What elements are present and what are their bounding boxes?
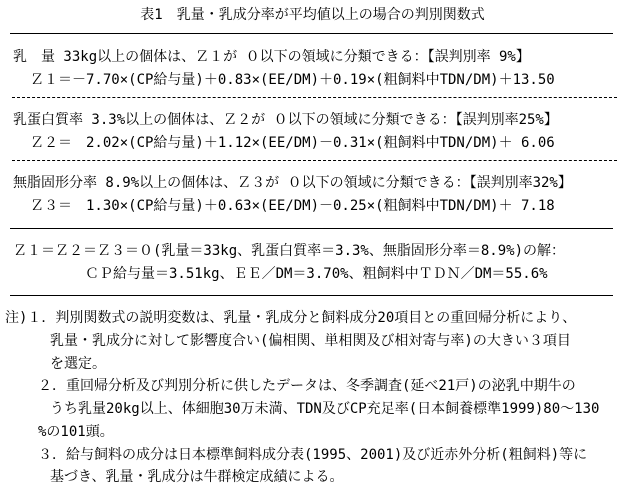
milk-yield-formula: Ｚ１＝－7.70×(CP給与量)＋0.83×(EE/DM)＋0.19×(粗飼料中… bbox=[30, 72, 555, 88]
solution-equation-line: Ｚ１＝Ｚ２＝Ｚ３＝０(乳量＝33kg、乳蛋白質率＝3.3%、無脂固形分率＝8.9… bbox=[13, 243, 565, 259]
milk-protein-formula: Ｚ２＝ 2.02×(CP給与量)＋1.12×(EE/DM)－0.31×(粗飼料中… bbox=[30, 135, 555, 151]
table-mid-rule bbox=[10, 228, 613, 229]
note-1-line-2: 乳量・乳成分に対して影響度合い(偏相関、単相関及び相対寄与率)の大きい３項目 bbox=[50, 333, 571, 349]
table-title: 表1 乳量・乳成分率が平均値以上の場合の判別関数式 bbox=[0, 7, 625, 23]
note-2-line-2: うち乳量20kg以上、体細胞30万未満、TDN及びCP充足率(日本飼養標準199… bbox=[50, 401, 599, 417]
note-1-line-1: 注)１．判別関数式の説明変数は、乳量・乳成分と飼料成分20項目との重回帰分析によ… bbox=[5, 310, 576, 326]
table-bottom-rule bbox=[10, 295, 613, 296]
section-divider-dashed-2 bbox=[12, 160, 617, 161]
solids-not-fat-condition: 無脂固形分率 8.9%以上の個体は、Ｚ３が ０以下の領域に分類できる：【誤判別率… bbox=[13, 175, 572, 191]
note-3-line-1: ３．給与飼料の成分は日本標準飼料成分表(1995、2001)及び近赤外分析(粗飼… bbox=[38, 447, 587, 463]
note-3-line-2: 基づき、乳量・乳成分は牛群検定成績による。 bbox=[50, 469, 343, 485]
note-1-line-3: を選定。 bbox=[50, 356, 106, 372]
milk-yield-condition: 乳 量 33kg以上の個体は、Ｚ１が ０以下の領域に分類できる：【誤判別率 9%… bbox=[13, 49, 530, 65]
milk-protein-condition: 乳蛋白質率 3.3%以上の個体は、Ｚ２が ０以下の領域に分類できる：【誤判別率2… bbox=[13, 112, 558, 128]
table-top-rule bbox=[10, 33, 613, 34]
document-page: 表1 乳量・乳成分率が平均値以上の場合の判別関数式 乳 量 33kg以上の個体は… bbox=[0, 0, 625, 488]
note-2-line-3: %の101頭。 bbox=[38, 424, 114, 440]
solids-not-fat-formula: Ｚ３＝ 1.30×(CP給与量)＋0.63×(EE/DM)－0.25×(粗飼料中… bbox=[30, 198, 555, 214]
section-divider-dashed-1 bbox=[12, 97, 617, 98]
note-2-line-1: ２．重回帰分析及び判別分析に供したデータは、冬季調査(延べ21戸)の泌乳中期牛の bbox=[38, 378, 576, 394]
solution-values-line: ＣＰ給与量＝3.51kg、ＥＥ／DM＝3.70%、粗飼料中ＴＤＮ／DM＝55.6… bbox=[85, 266, 548, 282]
